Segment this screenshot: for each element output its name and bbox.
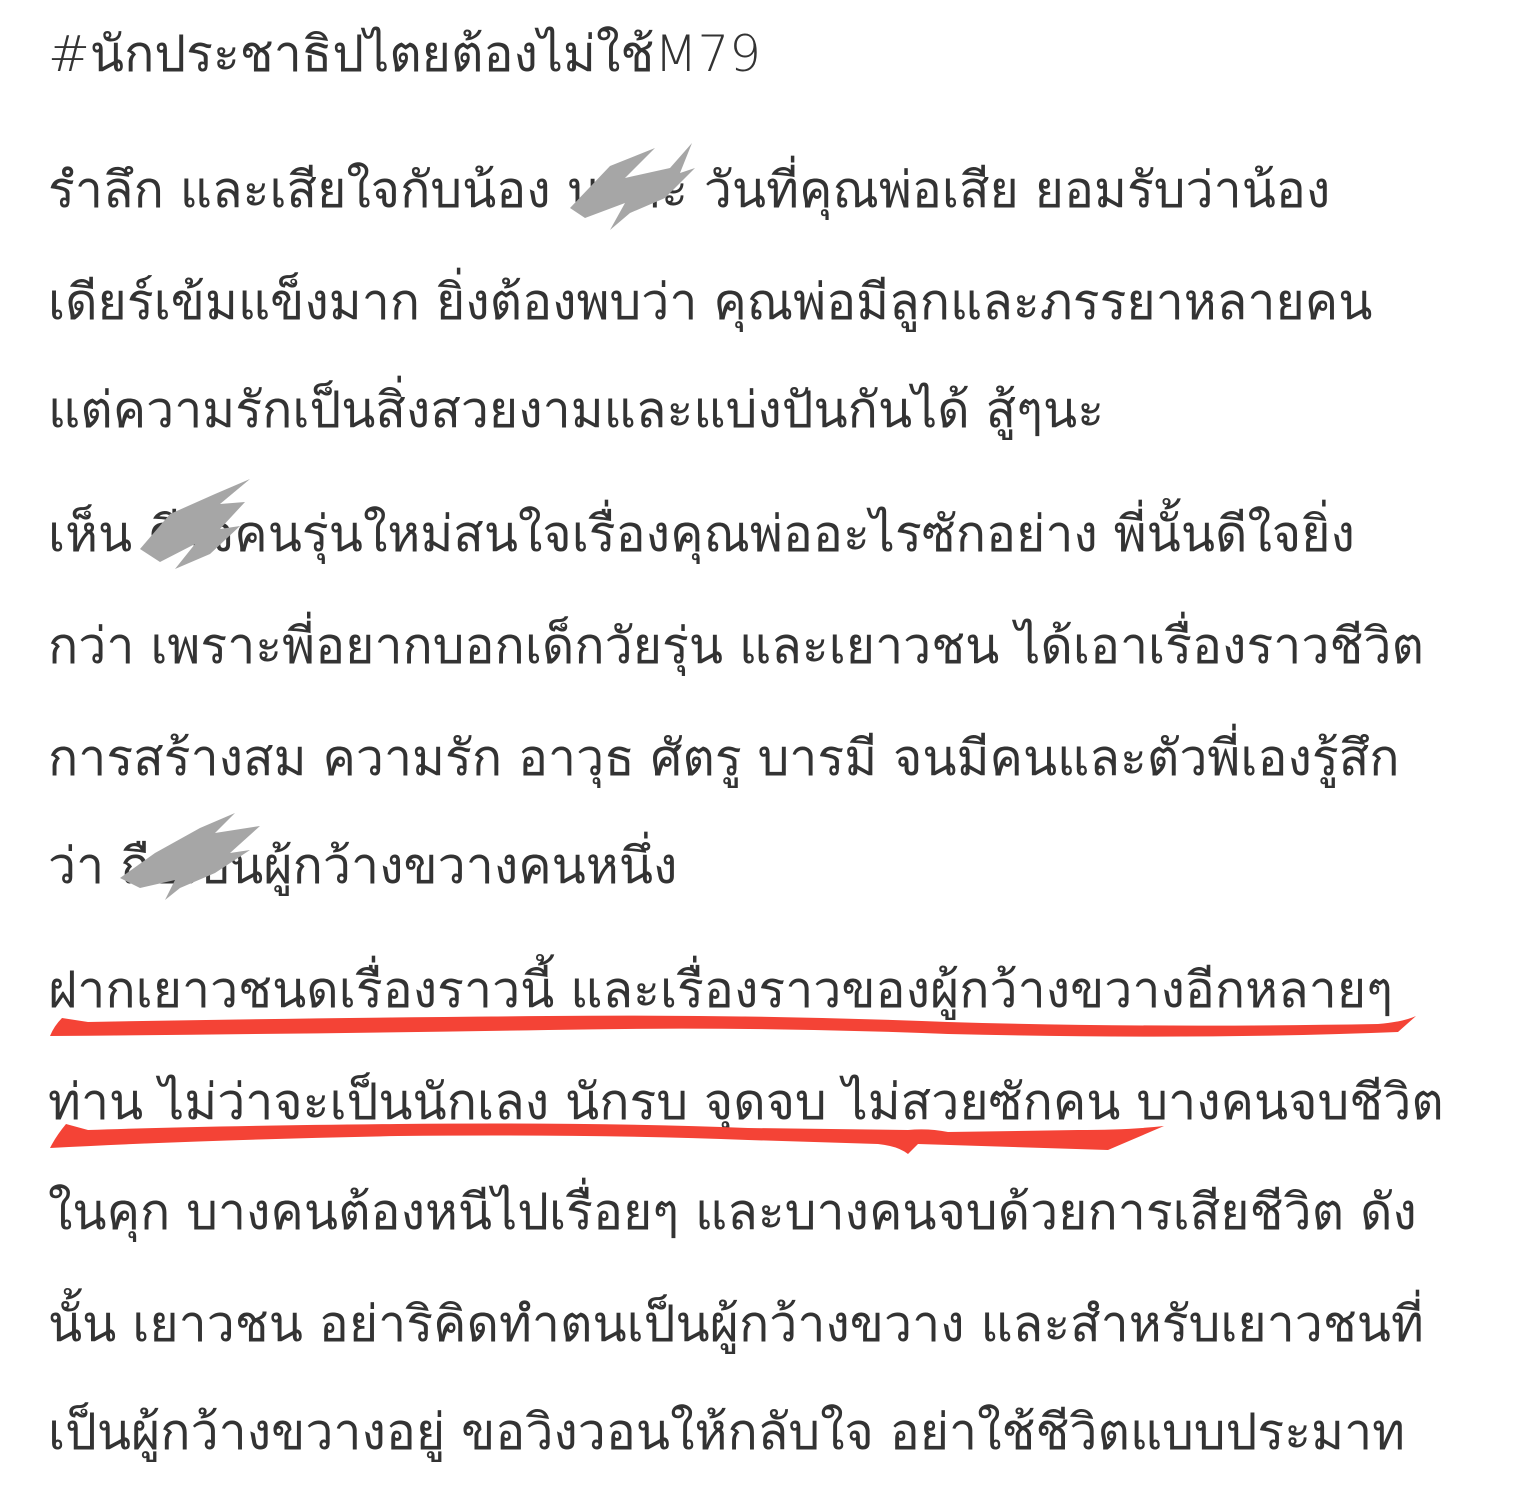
paragraph-line: รำลึก และเสียใจกับน้อง นะคะ วันที่คุณพ่อ… — [48, 150, 1330, 230]
paragraph-line: เป็นผู้กว้างขวางอยู่ ขอวิงวอนให้กลับใจ อ… — [48, 1392, 1405, 1472]
paragraph-line: การสร้างสม ความรัก อาวุธ ศัตรู บารมี จนม… — [48, 718, 1400, 798]
paragraph-line: ท่าน ไม่ว่าจะเป็นนักเลง นักรบ จุดจบ ไม่ส… — [48, 1062, 1444, 1142]
paragraph-line: ว่า ถือเป็นผู้กว้างขวางคนหนึ่ง — [48, 826, 677, 906]
paragraph-line: ฝากเยาวชนดเรื่องราวนี้ และเรื่องราวของผู… — [48, 950, 1393, 1030]
paragraph-line: นั้น เยาวชน อย่าริคิดทำตนเป็นผู้กว้างขวา… — [48, 1284, 1424, 1364]
paragraph-line: เดียร์เข้มแข็งมาก ยิ่งต้องพบว่า คุณพ่อมี… — [48, 262, 1372, 342]
paragraph-line: แต่ความรักเป็นสิ่งสวยงามและแบ่งปันกันได้… — [48, 370, 1104, 450]
paragraph-line: กว่า เพราะพี่อยากบอกเด็กวัยรุ่น และเยาวช… — [48, 606, 1424, 686]
paragraph-line: เห็น ดีใจคนรุ่นใหม่สนใจเรื่องคุณพ่ออะไรซ… — [48, 494, 1355, 574]
document-page: #นักประชาธิปไตยต้องไม่ใช้M79 รำลึก และเส… — [0, 0, 1536, 1490]
hashtag-heading: #นักประชาธิปไตยต้องไม่ใช้M79 — [48, 14, 761, 94]
paragraph-line: ในคุก บางคนต้องหนีไปเรื่อยๆ และบางคนจบด้… — [48, 1172, 1417, 1252]
